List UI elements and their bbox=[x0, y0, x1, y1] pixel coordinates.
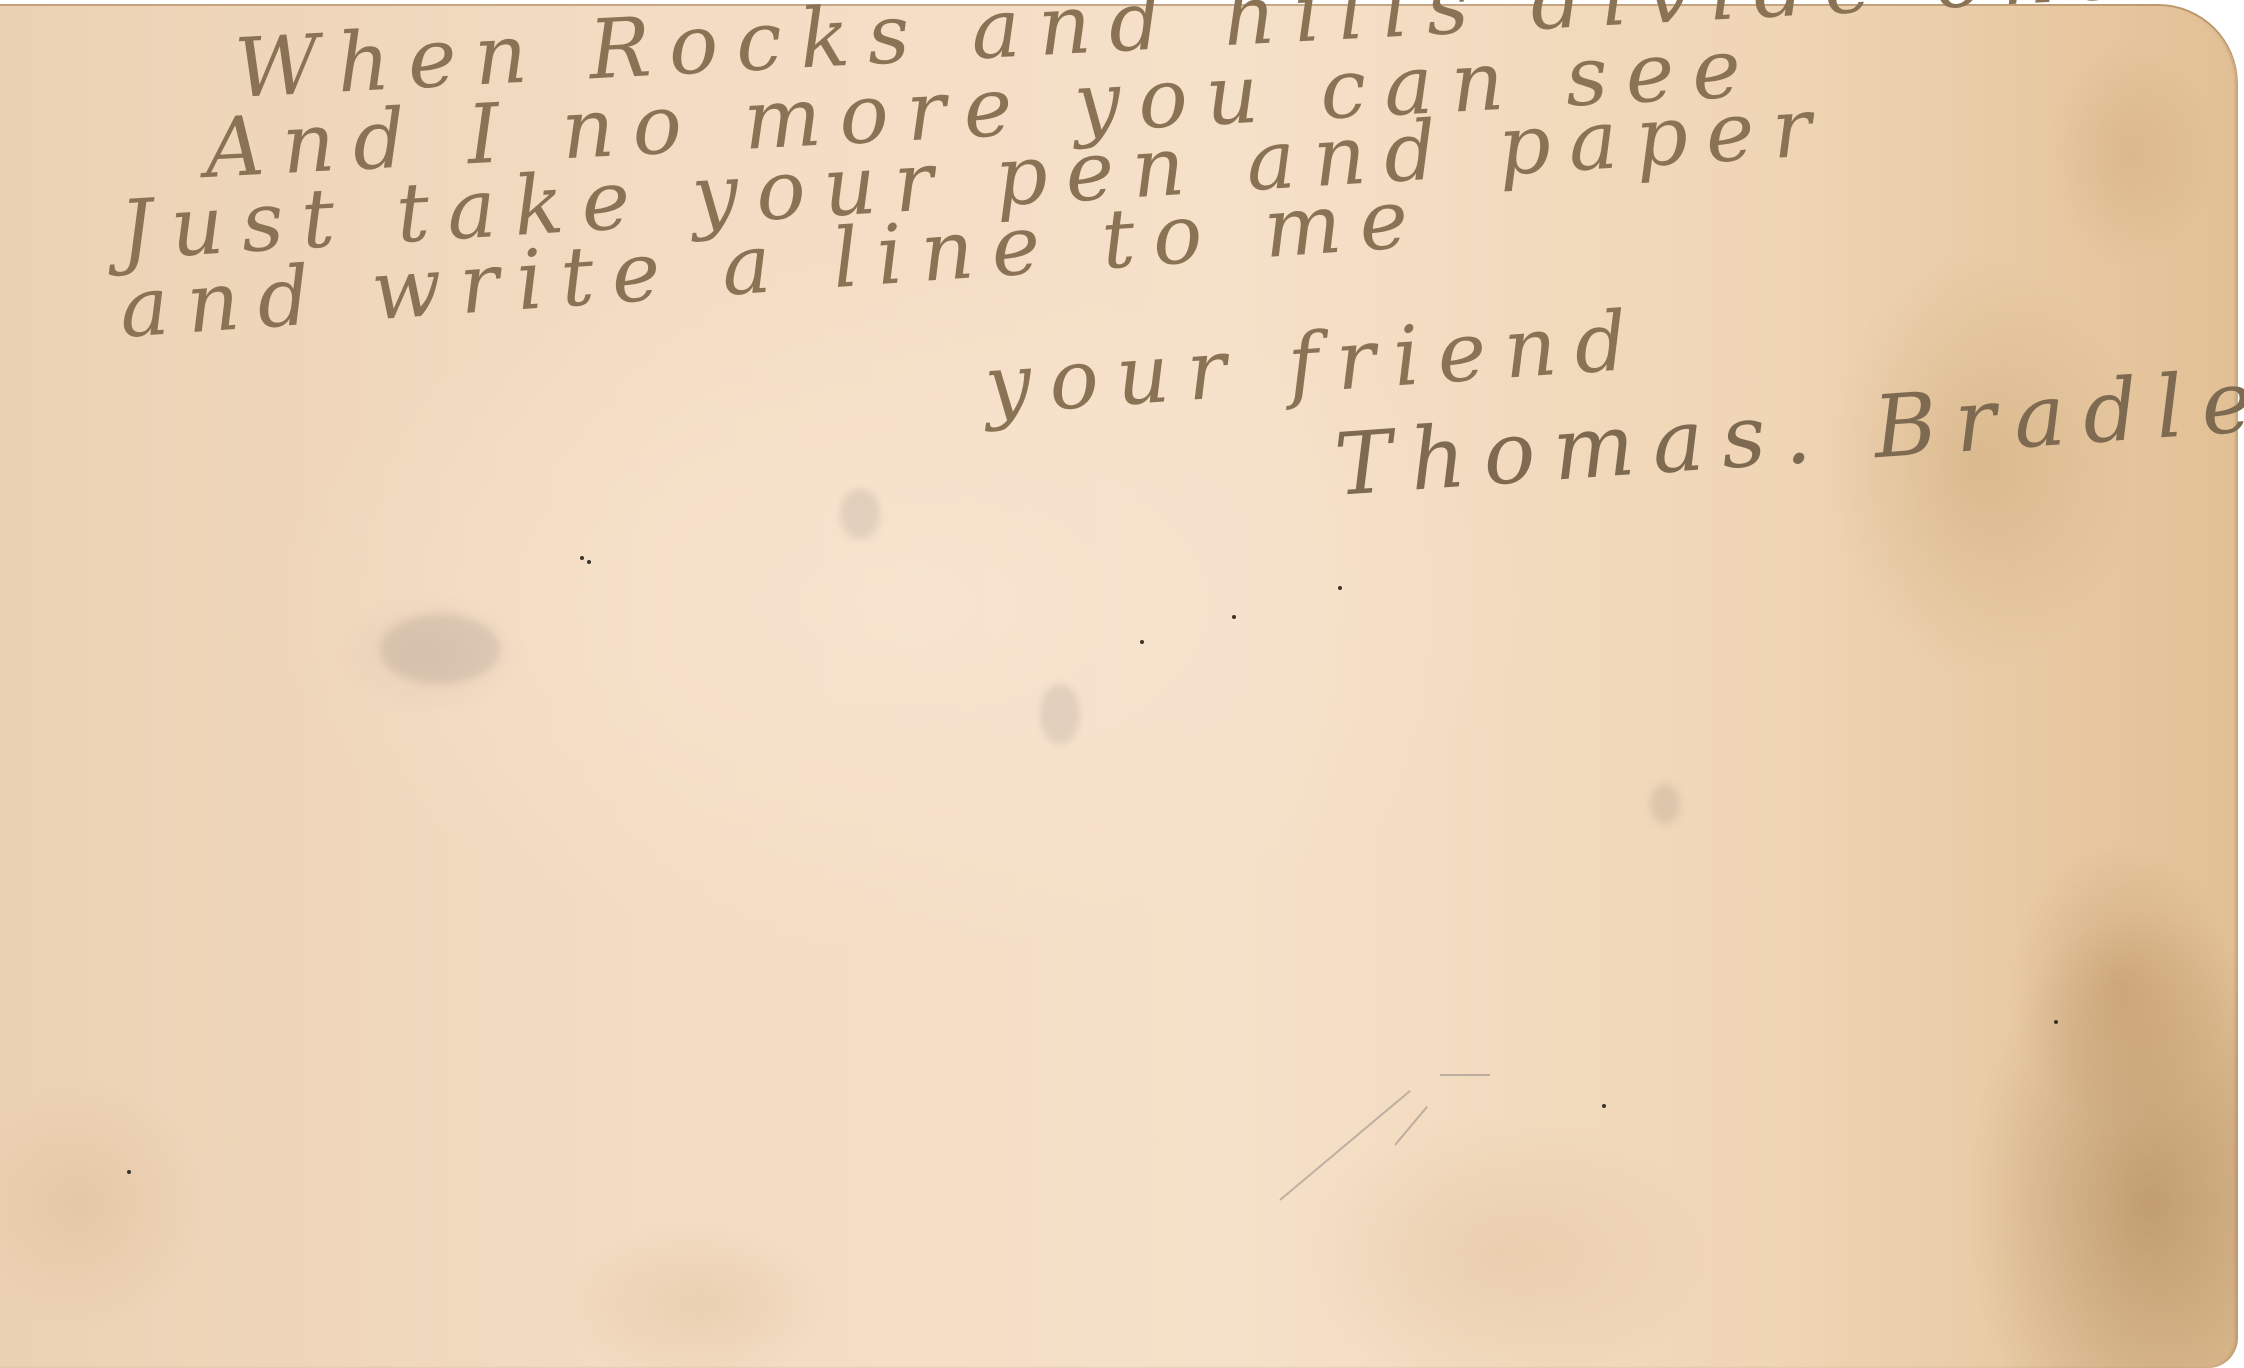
album-card: When Rocks and hills divide one And I no… bbox=[0, 4, 2238, 1368]
ink-speck bbox=[580, 556, 584, 560]
ink-smudge bbox=[840, 489, 880, 539]
ink-speck bbox=[1338, 586, 1342, 590]
ink-speck bbox=[1602, 1104, 1606, 1108]
ink-speck bbox=[1140, 640, 1144, 644]
ink-speck bbox=[127, 1170, 131, 1174]
ink-speck bbox=[2054, 1020, 2058, 1024]
pencil-mark bbox=[1279, 1090, 1411, 1201]
ink-smudge bbox=[1040, 684, 1080, 744]
pencil-mark bbox=[1394, 1106, 1428, 1146]
pencil-mark bbox=[1440, 1074, 1490, 1076]
ink-speck bbox=[587, 560, 591, 564]
ink-smudge bbox=[1650, 784, 1680, 824]
ink-speck bbox=[1232, 615, 1236, 619]
ink-smudge bbox=[380, 614, 500, 684]
